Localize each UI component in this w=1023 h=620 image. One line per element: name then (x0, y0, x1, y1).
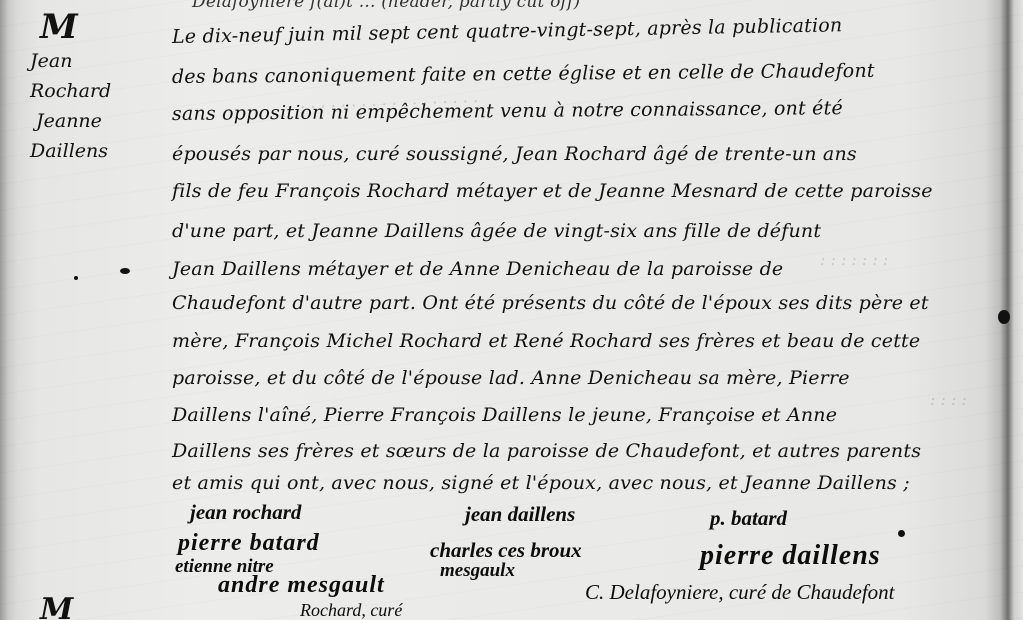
signature: jean rochard (190, 500, 301, 525)
margin-bride-first-name: Jeanne (30, 106, 160, 136)
record-line: Le dix-neuf juin mil sept cent quatre-vi… (172, 14, 843, 48)
record-line: sans opposition ni empêchement venu à no… (172, 97, 843, 125)
record-line: fils de feu François Rochard métayer et … (172, 180, 933, 202)
record-line: d'une part, et Jeanne Daillens âgée de v… (172, 220, 821, 242)
record-line: et amis qui ont, avec nous, signé et l'é… (172, 472, 910, 494)
record-line: paroisse, et du côté de l'épouse lad. An… (172, 367, 850, 389)
ink-blot (120, 268, 130, 274)
ink-blot (898, 530, 905, 537)
margin-bride-surname: Daillens (30, 136, 160, 166)
record-line: Delafoyniere f(ai)t ... (header, partly … (192, 0, 580, 12)
record-line: Daillens ses frères et sœurs de la paroi… (172, 440, 921, 462)
next-record-margin-letter: M (40, 592, 73, 620)
signature: pierre batard (178, 530, 320, 557)
record-line: épousés par nous, curé soussigné, Jean R… (172, 143, 857, 165)
signature: mesgaulx (440, 560, 515, 582)
bleed-through-text: : : : : : : : (820, 250, 888, 269)
ink-blot (74, 276, 78, 280)
margin-groom-surname: Rochard (30, 76, 160, 106)
signature: Rochard, curé (300, 600, 402, 620)
ink-blot (998, 310, 1010, 324)
record-line: Jean Daillens métayer et de Anne Deniche… (172, 258, 783, 280)
scanned-register-page: . . . . . . . . . . . . . . . . . . : : … (0, 0, 1023, 620)
signature: andre mesgault (218, 572, 385, 599)
margin-letter: M (40, 12, 160, 42)
signature: jean daillens (465, 502, 575, 527)
margin-annotation: M Jean Rochard Jeanne Daillens (30, 12, 160, 166)
record-line: mère, François Michel Rochard et René Ro… (172, 330, 920, 352)
record-line: des bans canoniquement faite en cette ég… (172, 60, 875, 88)
bleed-through-text: : : : : (930, 390, 967, 409)
signature: p. batard (710, 506, 787, 531)
signature: C. Delafoyniere, curé de Chaudefont (585, 580, 894, 605)
signature: pierre daillens (700, 540, 881, 572)
margin-groom-first-name: Jean (30, 46, 160, 76)
record-line: Chaudefont d'autre part. Ont été présent… (172, 292, 929, 314)
record-line: Daillens l'aîné, Pierre François Daillen… (172, 404, 837, 426)
